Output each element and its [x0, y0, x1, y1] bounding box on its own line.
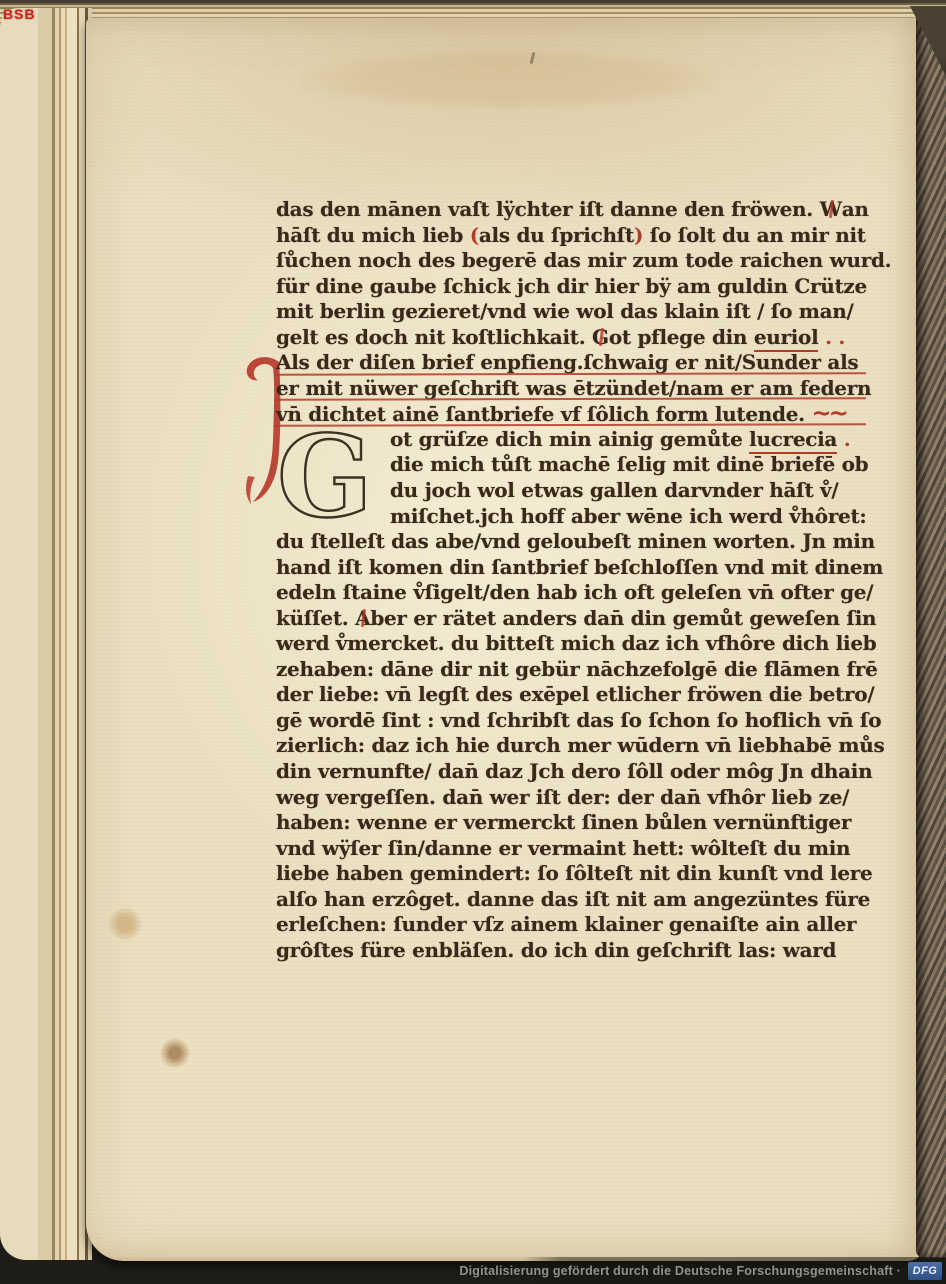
text-line: miſchet.jch hoff aber wēne ich werd v̊hô…: [390, 504, 862, 530]
text-line: hāſt du mich lieb (als du ſprichſt) ſo ſ…: [276, 223, 862, 249]
text-line: grôſtes füre enbläſen. do ich din geſchr…: [276, 938, 862, 964]
digitized-book-scan: das den mānen vaſt lÿchter iſt danne den…: [0, 0, 946, 1284]
text-line: gē wordē ſint : vnd ſchribſt das ſo ſcho…: [276, 708, 862, 734]
digitization-credit-bar: Digitalisierung gefördert durch die Deut…: [0, 1257, 946, 1284]
drop-cap-initial: G: [277, 430, 383, 530]
text-line: du ſtelleſt das abe/vnd geloubeſt minen …: [276, 529, 862, 555]
text-line: hand iſt komen din ſantbrief beſchloſſen…: [276, 555, 862, 581]
bsb-watermark: BSB: [3, 6, 36, 22]
text-line: haben: wenne er vermerckt ſinen bůlen ve…: [276, 810, 862, 836]
text-line: das den mānen vaſt lÿchter iſt danne den…: [276, 197, 862, 223]
text-line: küſſet. Aber er rätet anders dan̄ din ge…: [276, 606, 862, 632]
dfg-logo: DFG: [908, 1262, 942, 1280]
text-line: die mich tůſt machē ſelig mit dinē brief…: [390, 452, 862, 478]
text-line: für dine gaube ſchick jch dir hier bÿ am…: [276, 274, 862, 300]
text-line: din vernunfte/ dan̄ daz Jch dero ſôll od…: [276, 759, 862, 785]
text-line: vn̄ dichtet ainē ſantbriefe vf ſôlich fo…: [276, 401, 862, 427]
text-line: zierlich: daz ich hie durch mer wūdern v…: [276, 733, 862, 759]
text-line: erleſchen: ſunder vſz ainem klainer gena…: [276, 912, 862, 938]
book-fore-edge: [916, 14, 946, 1258]
text-line: alſo han erzôget. danne das iſt nit am a…: [276, 887, 862, 913]
text-line: er mit nüwer geſchrift was ētzündet/nam …: [276, 376, 862, 402]
text-line: du joch wol etwas gallen darvnder hāſt v…: [390, 478, 862, 504]
credit-text: Digitalisierung gefördert durch die Deut…: [459, 1264, 901, 1278]
text-line: ſůchen noch des begerē das mir zum tode …: [276, 248, 862, 274]
text-line: werd v̊mercket. du bitteſt mich daz ich …: [276, 631, 862, 657]
text-line: vnd wÿſer ſin/danne er vermaint hett: wô…: [276, 836, 862, 862]
paragraph-2: Als der diſen brief enpfieng.ſchwaig er …: [276, 350, 862, 427]
text-line: mit berlin gezieret/vnd wie wol das klai…: [276, 299, 862, 325]
text-line: ot grüſze dich min ainig gemůte lucrecia…: [390, 427, 862, 453]
svg-text:G: G: [277, 430, 372, 530]
book-left-page-stack: [0, 8, 92, 1260]
text-line: zehaben: dāne dir nit gebür nāchzefolgē …: [276, 657, 862, 683]
page-text-block: das den mānen vaſt lÿchter iſt danne den…: [276, 197, 862, 963]
text-line: liebe haben gemindert: ſo ſôlteſt nit di…: [276, 861, 862, 887]
text-line: Als der diſen brief enpfieng.ſchwaig er …: [276, 350, 862, 376]
paragraph-1: das den mānen vaſt lÿchter iſt danne den…: [276, 197, 862, 350]
paragraph-3: Got grüſze dich min ainig gemůte lucreci…: [276, 427, 862, 963]
text-line: edeln ſtaine v̊ſigelt/den hab ich oft ge…: [276, 580, 862, 606]
text-line: gelt es doch nit koſtlichkait. Got pfleg…: [276, 325, 862, 351]
text-line: der liebe: vn̄ legſt des exēpel etlicher…: [276, 682, 862, 708]
text-line: weg vergeſſen. dan̄ wer iſt der: der dan…: [276, 785, 862, 811]
